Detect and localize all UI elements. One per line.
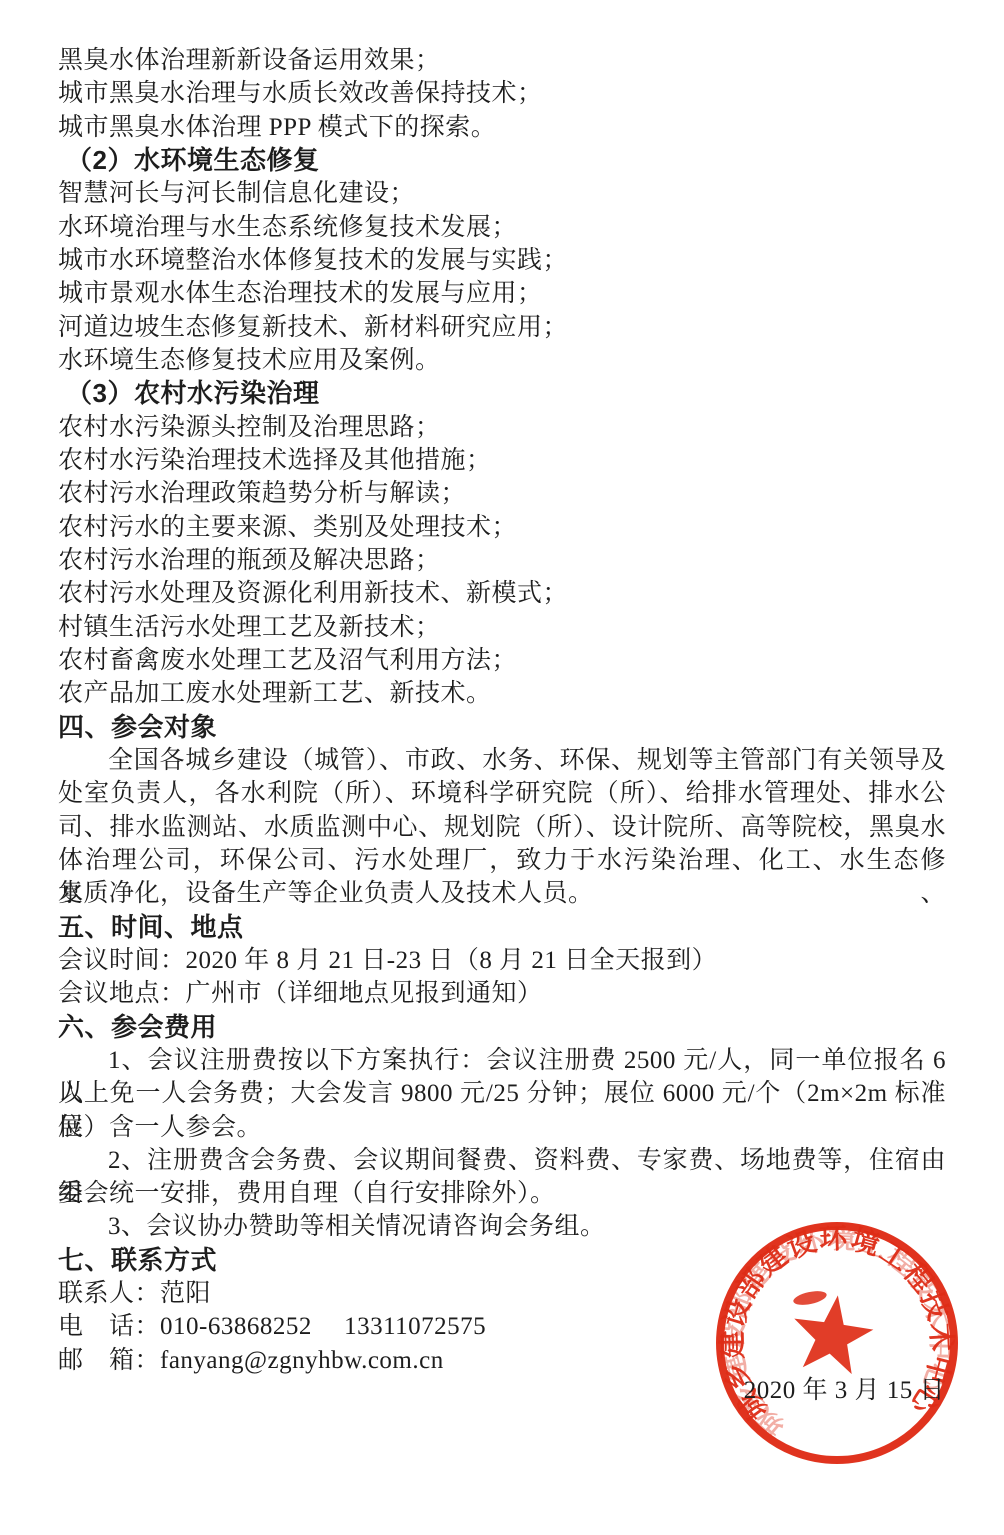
doc-line: 以上免一人会务费；大会发言 9800 元/25 分钟；展位 6000 元/个（2… (58, 1077, 946, 1110)
section-heading: 六、参会费用 (58, 1011, 946, 1044)
doc-line: 农产品加工废水处理新工艺、新技术。 (58, 677, 946, 710)
section-heading: 五、时间、地点 (58, 911, 946, 944)
doc-line: 农村水污染源头控制及治理思路； (58, 411, 946, 444)
doc-line: 委会统一安排，费用自理（自行安排除外）。 (58, 1177, 946, 1210)
doc-line: 会议地点：广州市（详细地点见报到通知） (58, 977, 946, 1010)
doc-line: 处室负责人，各水利院（所）、环境科学研究院（所）、给排水管理处、排水公 (58, 777, 946, 810)
doc-line: 电 话：010-63868252 13311072575 (58, 1310, 946, 1343)
doc-line: 农村畜禽废水处理工艺及沼气利用方法； (58, 644, 946, 677)
doc-line: 农村水污染治理技术选择及其他措施； (58, 444, 946, 477)
doc-line: 村镇生活污水处理工艺及新技术； (58, 611, 946, 644)
doc-line: 农村污水处理及资源化利用新技术、新模式； (58, 577, 946, 610)
doc-line: 水环境生态修复技术应用及案例。 (58, 344, 946, 377)
doc-line: 农村污水治理的瓶颈及解决思路； (58, 544, 946, 577)
doc-line: 水环境治理与水生态系统修复技术发展； (58, 211, 946, 244)
doc-line: 智慧河长与河长制信息化建设； (58, 177, 946, 210)
doc-line: 全国各城乡建设（城管）、市政、水务、环保、规划等主管部门有关领导及 (58, 744, 946, 777)
date-text: 2020 年 3 月 15 日 (744, 1374, 945, 1407)
doc-line: 司、排水监测站、水质监测中心、规划院（所）、设计院所、高等院校，黑臭水 (58, 811, 946, 844)
doc-line: 城市景观水体生态治理技术的发展与应用； (58, 277, 946, 310)
doc-line: 位）含一人参会。 (58, 1111, 946, 1144)
document-body: 黑臭水体治理新新设备运用效果；城市黑臭水治理与水质长效改善保持技术；城市黑臭水体… (58, 44, 946, 1377)
doc-line: 农村污水治理政策趋势分析与解读； (58, 477, 946, 510)
section-heading: 四、参会对象 (58, 711, 946, 744)
doc-line: 会议时间：2020 年 8 月 21 日-23 日（8 月 21 日全天报到） (58, 944, 946, 977)
doc-line: 邮 箱：fanyang@zgnyhbw.com.cn (58, 1344, 946, 1377)
document-page: 黑臭水体治理新新设备运用效果；城市黑臭水治理与水质长效改善保持技术；城市黑臭水体… (0, 0, 1004, 1535)
doc-line: 2、注册费含会务费、会议期间餐费、资料费、专家费、场地费等，住宿由组 (58, 1144, 946, 1177)
subsection-heading: （3）农村水污染治理 (58, 377, 946, 410)
doc-line: 体治理公司，环保公司、污水处理厂，致力于水污染治理、化工、水生态修复、 (58, 844, 946, 877)
doc-line: 联系人：范阳 (58, 1277, 946, 1310)
doc-line: 农村污水的主要来源、类别及处理技术； (58, 511, 946, 544)
doc-line: 黑臭水体治理新新设备运用效果； (58, 44, 946, 77)
doc-line: 城市水环境整治水体修复技术的发展与实践； (58, 244, 946, 277)
doc-line: 3、会议协办赞助等相关情况请咨询会务组。 (58, 1210, 946, 1243)
doc-line: 城市黑臭水治理与水质长效改善保持技术； (58, 77, 946, 110)
subsection-heading: （2）水环境生态修复 (58, 144, 946, 177)
doc-line: 城市黑臭水体治理 PPP 模式下的探索。 (58, 111, 946, 144)
doc-line: 1、会议注册费按以下方案执行：会议注册费 2500 元/人，同一单位报名 6 人 (58, 1044, 946, 1077)
section-heading: 七、联系方式 (58, 1244, 946, 1277)
doc-line: 河道边坡生态修复新技术、新材料研究应用； (58, 311, 946, 344)
